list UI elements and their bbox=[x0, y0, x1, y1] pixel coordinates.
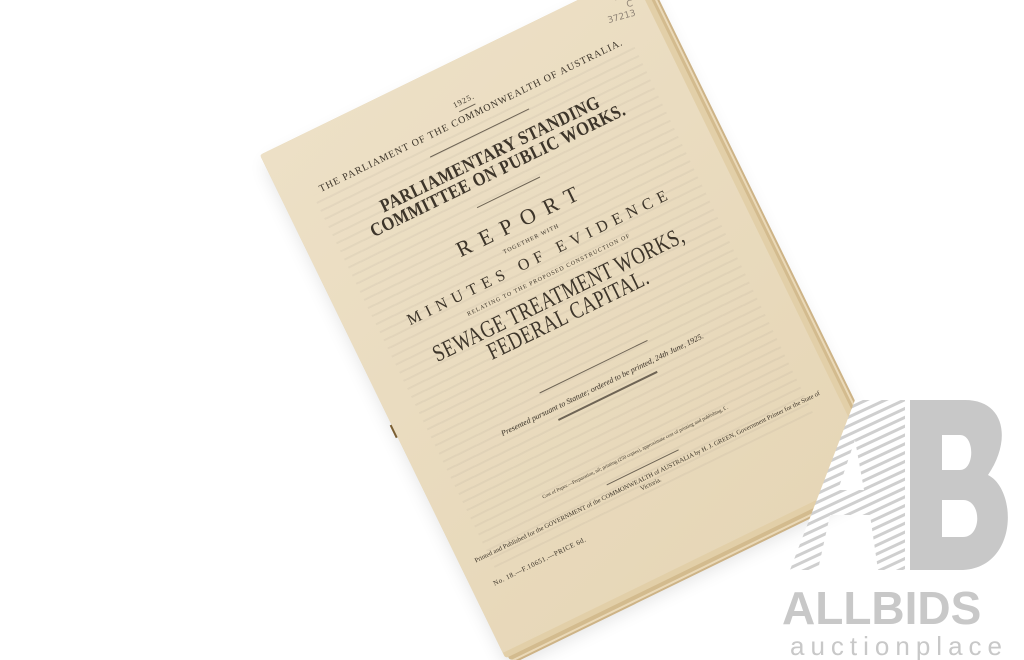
ab-monogram-icon bbox=[760, 395, 1020, 575]
allbids-watermark: ALLBIDS auctionplace bbox=[760, 395, 1024, 660]
presented-line: Presented pursuant to Statute; ordered t… bbox=[414, 290, 790, 480]
brand-tagline: auctionplace bbox=[790, 633, 1008, 659]
staple-mark bbox=[390, 425, 398, 438]
brand-name: ALLBIDS bbox=[782, 585, 981, 631]
photo: F20 C 37213 1925. THE PARLIAMENT OF THE … bbox=[0, 0, 1024, 660]
